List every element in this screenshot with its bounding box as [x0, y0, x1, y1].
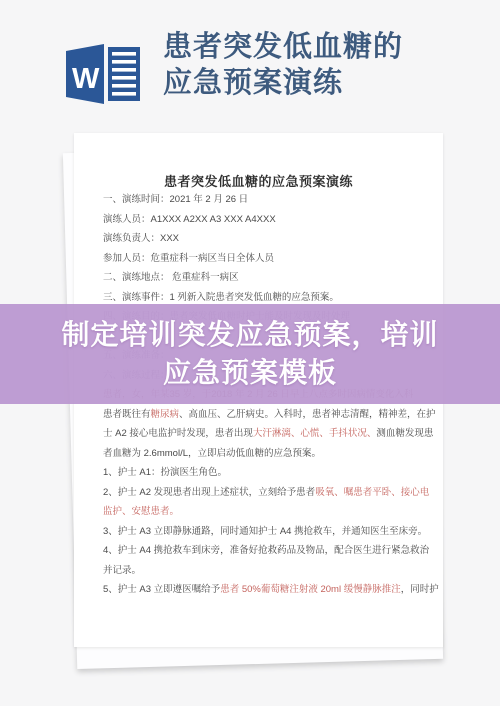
doc-line: 参加人员：危重症科一病区当日全体人员: [103, 249, 440, 269]
svg-text:W: W: [72, 63, 100, 95]
doc-line: 5、护士 A3 立即遵医嘱给予患者 50%葡萄糖注射液 20ml 缓慢静脉推注，…: [103, 580, 440, 600]
header-title: 患者突发低血糖的 应急预案演练: [163, 29, 403, 101]
doc-line: 4、护士 A4 携抢救车到床旁，准备好抢救药品及物品，配合医生进行紧急救治: [103, 541, 440, 561]
doc-line: 并记录。: [103, 561, 440, 581]
header-title-line1: 患者突发低血糖的: [163, 29, 403, 65]
doc-line: 演练负责人：XXX: [103, 229, 440, 249]
doc-line: 患者既往有糖尿病、高血压、乙肝病史。入科时，患者神志清醒，精神差，在护: [103, 405, 440, 425]
banner-line1: 制定培训突发应急预案，培训: [61, 317, 438, 353]
document-preview: W 患者突发低血糖的 应急预案演练 患者突发低血糖的应急预案演练 一、演练时间：…: [0, 0, 500, 706]
doc-line: 演练人员：A1XXX A2XX A3 XXX A4XXX: [103, 210, 440, 230]
doc-line: 监护、安慰患者。: [103, 502, 440, 522]
doc-line: 一、演练时间：2021 年 2 月 26 日: [103, 190, 440, 210]
header-title-line2: 应急预案演练: [163, 65, 403, 101]
document-heading: 患者突发低血糖的应急预案演练: [74, 171, 443, 190]
doc-line: 2、护士 A2 发现患者出现上述症状，立刻给予患者吸氧、嘱患者平卧、接心电: [103, 483, 440, 503]
doc-line: 二、演练地点： 危重症科一病区: [103, 268, 440, 288]
doc-line: 3、护士 A3 立即静脉通路，同时通知护士 A4 携抢救车，并通知医生至床旁。: [103, 522, 440, 542]
banner-line2: 应急预案模板: [163, 355, 337, 391]
doc-line: 1、护士 A1：扮演医生角色。: [103, 463, 440, 483]
doc-line: 士 A2 接心电监护时发现，患者出现大汗淋漓、心慌、手抖状况、测血糖发现患: [103, 424, 440, 444]
word-icon: W: [66, 43, 141, 105]
doc-line: 者血糖为 2.6mmol/L，立即启动低血糖的应急预案。: [103, 444, 440, 464]
overlay-banner: 制定培训突发应急预案，培训 应急预案模板: [0, 304, 500, 404]
